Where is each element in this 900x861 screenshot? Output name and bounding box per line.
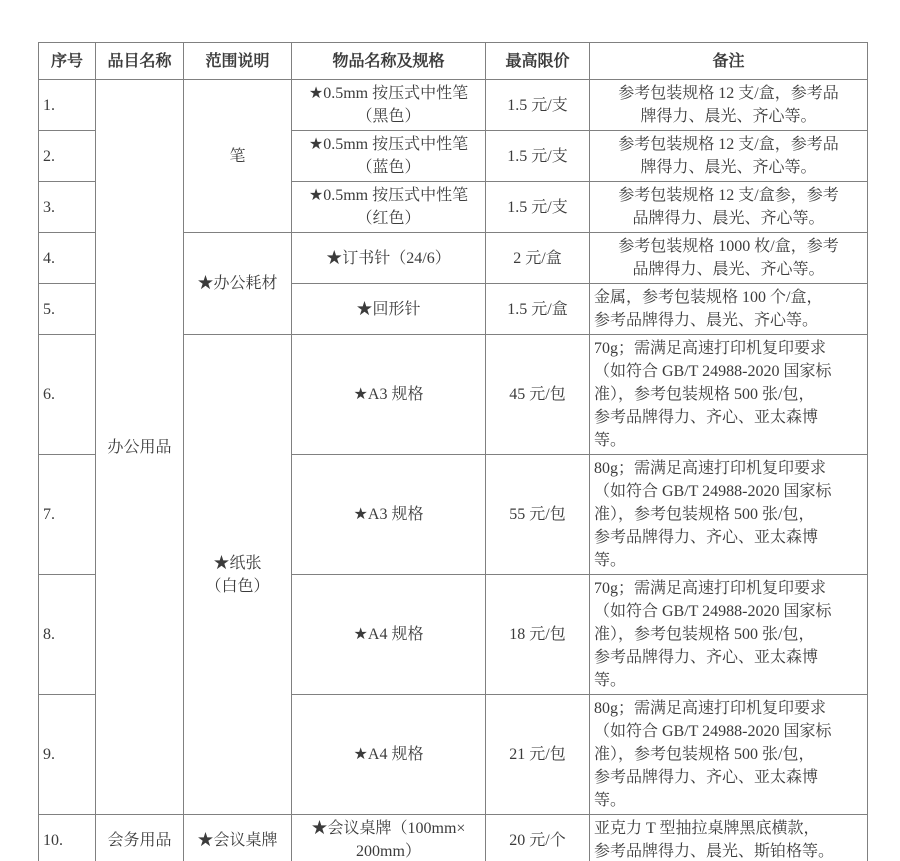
cell-no: 7. xyxy=(39,455,96,575)
cell-note: 80g；需满足高速打印机复印要求 （如符合 GB/T 24988-2020 国家… xyxy=(590,455,868,575)
cell-note: 参考包装规格 1000 枚/盒，参考 品牌得力、晨光、齐心等。 xyxy=(590,233,868,284)
cell-product: ★0.5mm 按压式中性笔 （黑色） xyxy=(292,80,486,131)
cell-product: ★A4 规格 xyxy=(292,695,486,815)
table-row: 10. 会务用品 ★会议桌牌 ★会议桌牌（100mm× 200mm） 20 元/… xyxy=(39,815,868,861)
header-note: 备注 xyxy=(590,43,868,80)
cell-price: 18 元/包 xyxy=(486,575,590,695)
cell-price: 1.5 元/支 xyxy=(486,80,590,131)
cell-no: 8. xyxy=(39,575,96,695)
cell-no: 3. xyxy=(39,182,96,233)
cell-scope-consumables: ★办公耗材 xyxy=(184,233,292,335)
cell-note: 金属，参考包装规格 100 个/盒， 参考品牌得力、晨光、齐心等。 xyxy=(590,284,868,335)
cell-price: 1.5 元/盒 xyxy=(486,284,590,335)
table-row: 1. 办公用品 笔 ★0.5mm 按压式中性笔 （黑色） 1.5 元/支 参考包… xyxy=(39,80,868,131)
cell-note: 70g；需满足高速打印机复印要求 （如符合 GB/T 24988-2020 国家… xyxy=(590,335,868,455)
cell-product: ★A4 规格 xyxy=(292,575,486,695)
header-price: 最高限价 xyxy=(486,43,590,80)
cell-category-meeting: 会务用品 xyxy=(96,815,184,861)
cell-price: 45 元/包 xyxy=(486,335,590,455)
cell-note: 参考包装规格 12 支/盒，参考品 牌得力、晨光、齐心等。 xyxy=(590,80,868,131)
cell-product: ★订书针（24/6） xyxy=(292,233,486,284)
cell-note: 参考包装规格 12 支/盒参，参考 品牌得力、晨光、齐心等。 xyxy=(590,182,868,233)
cell-price: 1.5 元/支 xyxy=(486,131,590,182)
cell-no: 4. xyxy=(39,233,96,284)
cell-no: 5. xyxy=(39,284,96,335)
cell-category-office: 办公用品 xyxy=(96,80,184,815)
header-product: 物品名称及规格 xyxy=(292,43,486,80)
cell-no: 6. xyxy=(39,335,96,455)
document-page: 序号 品目名称 范围说明 物品名称及规格 最高限价 备注 1. 办公用品 笔 ★… xyxy=(0,0,900,861)
cell-price: 55 元/包 xyxy=(486,455,590,575)
price-limit-table: 序号 品目名称 范围说明 物品名称及规格 最高限价 备注 1. 办公用品 笔 ★… xyxy=(38,42,868,861)
cell-note: 亚克力 T 型抽拉桌牌黑底横款， 参考品牌得力、晨光、斯铂格等。 xyxy=(590,815,868,861)
cell-scope-deskplate: ★会议桌牌 xyxy=(184,815,292,861)
cell-product: ★A3 规格 xyxy=(292,335,486,455)
cell-price: 21 元/包 xyxy=(486,695,590,815)
cell-product: ★0.5mm 按压式中性笔 （红色） xyxy=(292,182,486,233)
cell-price: 2 元/盒 xyxy=(486,233,590,284)
header-row: 序号 品目名称 范围说明 物品名称及规格 最高限价 备注 xyxy=(39,43,868,80)
cell-scope-paper: ★纸张 （白色） xyxy=(184,335,292,815)
cell-price: 20 元/个 xyxy=(486,815,590,861)
cell-product: ★A3 规格 xyxy=(292,455,486,575)
header-no: 序号 xyxy=(39,43,96,80)
header-category: 品目名称 xyxy=(96,43,184,80)
cell-product: ★回形针 xyxy=(292,284,486,335)
cell-note: 参考包装规格 12 支/盒，参考品 牌得力、晨光、齐心等。 xyxy=(590,131,868,182)
cell-product: ★0.5mm 按压式中性笔 （蓝色） xyxy=(292,131,486,182)
cell-no: 2. xyxy=(39,131,96,182)
cell-price: 1.5 元/支 xyxy=(486,182,590,233)
cell-no: 1. xyxy=(39,80,96,131)
cell-product: ★会议桌牌（100mm× 200mm） xyxy=(292,815,486,861)
cell-no: 10. xyxy=(39,815,96,861)
cell-note: 70g；需满足高速打印机复印要求 （如符合 GB/T 24988-2020 国家… xyxy=(590,575,868,695)
cell-scope-pen: 笔 xyxy=(184,80,292,233)
cell-note: 80g；需满足高速打印机复印要求 （如符合 GB/T 24988-2020 国家… xyxy=(590,695,868,815)
header-scope: 范围说明 xyxy=(184,43,292,80)
cell-no: 9. xyxy=(39,695,96,815)
